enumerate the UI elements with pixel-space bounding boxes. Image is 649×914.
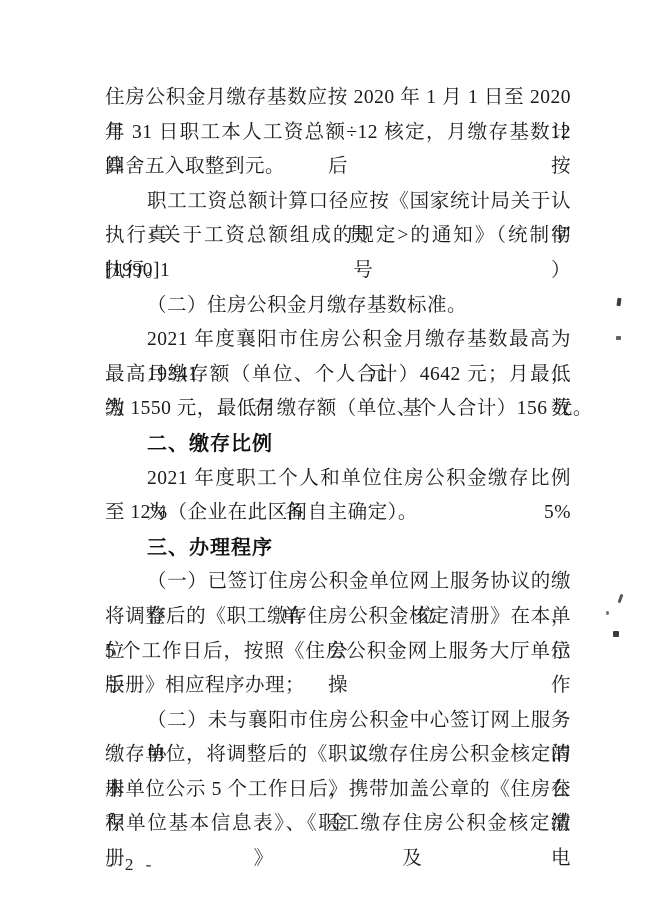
text-line: 执行<关于工资总额组成的规定>的通知》（统制字[1990]1 号） <box>105 219 571 254</box>
text-line: 存单位基本信息表》、《职工缴存住房公积金核定清册》及电 <box>105 807 571 842</box>
section-heading-deposit-ratio: 二、缴存比例 <box>105 427 571 462</box>
scan-speck <box>616 298 621 306</box>
text-line: 2021 年度襄阳市住房公积金月缴存基数最高为 19341 元， <box>105 323 571 358</box>
text-line: 缴存单位，将调整后的《职工缴存住房公积金核定清册》在 <box>105 738 571 773</box>
page-number: - 2 - <box>107 855 155 875</box>
text-line: （一）已签订住房公积金单位网上服务协议的缴存单位， <box>105 565 571 600</box>
text-line: 月 31 日职工本人工资总额÷12 核定，月缴存基数计算后按 <box>105 116 571 151</box>
subsection-heading: （二）住房公积金月缴存基数标准。 <box>105 289 571 324</box>
text-line: （二）未与襄阳市住房公积金中心签订网上服务协议的 <box>105 704 571 739</box>
text-line: 本单位公示 5 个工作日后，携带加盖公章的《住房公积金缴 <box>105 773 571 808</box>
text-line: 为 1550 元，最低月缴存额（单位、个人合计）156 元。 <box>105 392 571 427</box>
scan-speck <box>616 336 621 340</box>
text-line: 最高月缴存额（单位、个人合计）4642 元；月最低缴存基数 <box>105 358 571 393</box>
document-text-block: 住房公积金月缴存基数应按 2020 年 1 月 1 日至 2020 年 12 月… <box>105 81 571 842</box>
text-line: 职工工资总额计算口径应按《国家统计局关于认真贯彻 <box>105 185 571 220</box>
scan-speck <box>613 631 619 637</box>
text-line: 住房公积金月缴存基数应按 2020 年 1 月 1 日至 2020 年 12 <box>105 81 571 116</box>
section-heading-procedures: 三、办理程序 <box>105 531 571 566</box>
text-line: 2021 年度职工个人和单位住房公积金缴存比例为各 5% <box>105 462 571 497</box>
document-page: 住房公积金月缴存基数应按 2020 年 1 月 1 日至 2020 年 12 月… <box>0 0 649 914</box>
text-line: 将调整后的《职工缴存住房公积金核定清册》在本单位公示 <box>105 600 571 635</box>
scan-speck <box>618 594 624 603</box>
scan-speck <box>606 611 609 615</box>
text-line: 5 个工作日后，按照《住房公积金网上服务大厅单位版操作 <box>105 635 571 670</box>
